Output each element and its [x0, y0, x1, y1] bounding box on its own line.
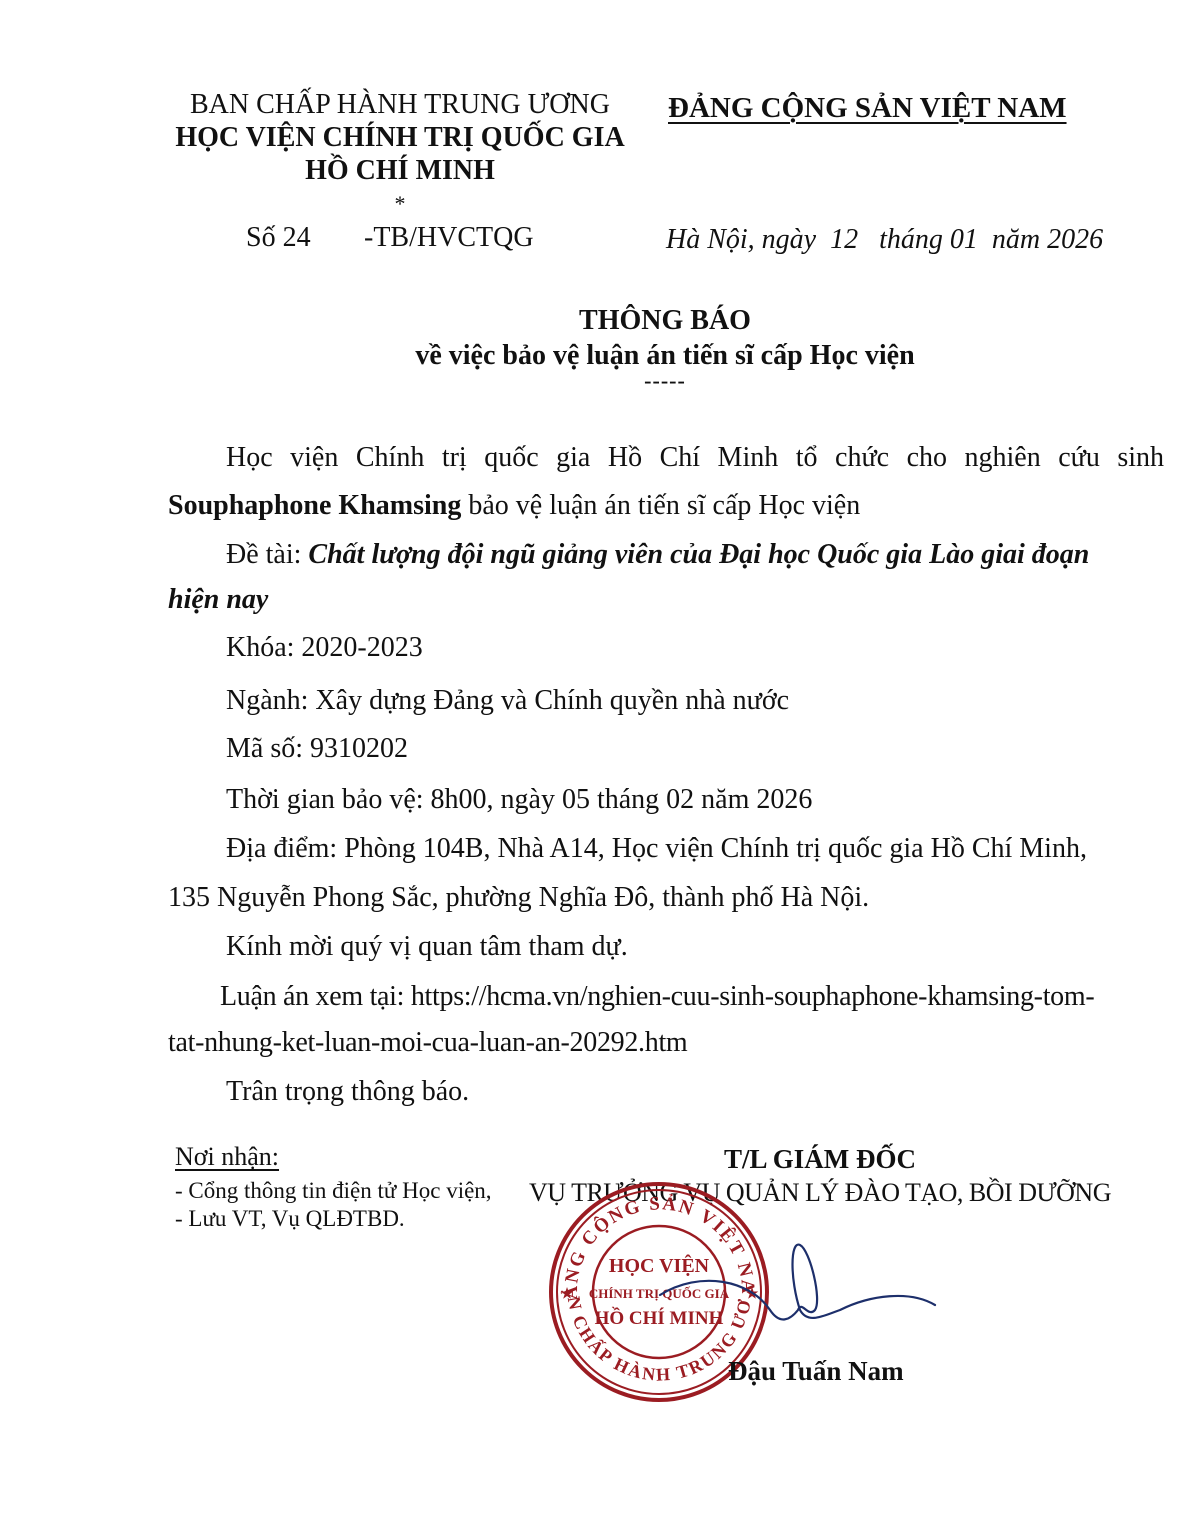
on-behalf-of: T/L GIÁM ĐỐC	[520, 1144, 1120, 1175]
place-date: Hà Nội, ngày 12 tháng 01 năm 2026	[666, 224, 1103, 256]
topic-label: Đề tài:	[226, 539, 308, 570]
recipient-item: - Cổng thông tin điện tử Học viện,	[175, 1178, 492, 1204]
signer-name: Đậu Tuấn Nam	[728, 1356, 904, 1387]
party-name: ĐẢNG CỘNG SẢN VIỆT NAM	[668, 92, 1067, 125]
closing: Trân trọng thông báo.	[226, 1076, 469, 1108]
topic-line-1: Đề tài: Chất lượng đội ngũ giảng viên củ…	[226, 539, 1106, 571]
document-title: THÔNG BÁO	[0, 305, 1200, 337]
title-separator: -----	[0, 368, 1200, 394]
recipient-item: - Lưu VT, Vụ QLĐTBD.	[175, 1206, 405, 1232]
issuing-authority: BAN CHẤP HÀNH TRUNG ƯƠNG HỌC VIỆN CHÍNH …	[170, 88, 630, 215]
invitation: Kính mời quý vị quan tâm tham dự.	[226, 931, 628, 963]
svg-text:★: ★	[561, 1286, 574, 1302]
recipients-title: Nơi nhận:	[175, 1142, 279, 1172]
candidate-name: Souphaphone Khamsing	[168, 490, 461, 521]
handwritten-signature-icon	[640, 1240, 940, 1360]
thesis-link-line-2[interactable]: tat-nhung-ket-luan-moi-cua-luan-an-20292…	[168, 1027, 687, 1059]
intro-line-2: Souphaphone Khamsing bảo vệ luận án tiến…	[168, 490, 860, 522]
document-number: Số 24-TB/HVCTQG	[246, 222, 534, 254]
intro-line-2-rest: bảo vệ luận án tiến sĩ cấp Học viện	[461, 490, 860, 521]
star-separator: *	[170, 193, 630, 215]
course: Khóa: 2020-2023	[226, 632, 423, 664]
location-line-1: Địa điểm: Phòng 104B, Nhà A14, Học viện …	[226, 833, 1087, 865]
document-number-suffix: -TB/HVCTQG	[364, 222, 534, 253]
location-line-2: 135 Nguyễn Phong Sắc, phường Nghĩa Đô, t…	[168, 882, 869, 914]
intro-line-1: Học viện Chính trị quốc gia Hồ Chí Minh …	[226, 442, 1164, 474]
authority-line-3: HỒ CHÍ MINH	[170, 154, 630, 187]
authority-line-1: BAN CHẤP HÀNH TRUNG ƯƠNG	[170, 88, 630, 121]
thesis-link-line-1[interactable]: Luận án xem tại: https://hcma.vn/nghien-…	[220, 981, 1094, 1013]
topic-line-2: hiện nay	[168, 584, 268, 616]
document-number-prefix: Số 24	[246, 222, 364, 254]
major: Ngành: Xây dựng Đảng và Chính quyền nhà …	[226, 685, 789, 717]
topic-title: Chất lượng đội ngũ giảng viên của Đại họ…	[308, 539, 1089, 570]
defense-time: Thời gian bảo vệ: 8h00, ngày 05 tháng 02…	[226, 784, 812, 816]
major-code: Mã số: 9310202	[226, 733, 408, 765]
authority-line-2: HỌC VIỆN CHÍNH TRỊ QUỐC GIA	[170, 121, 630, 154]
